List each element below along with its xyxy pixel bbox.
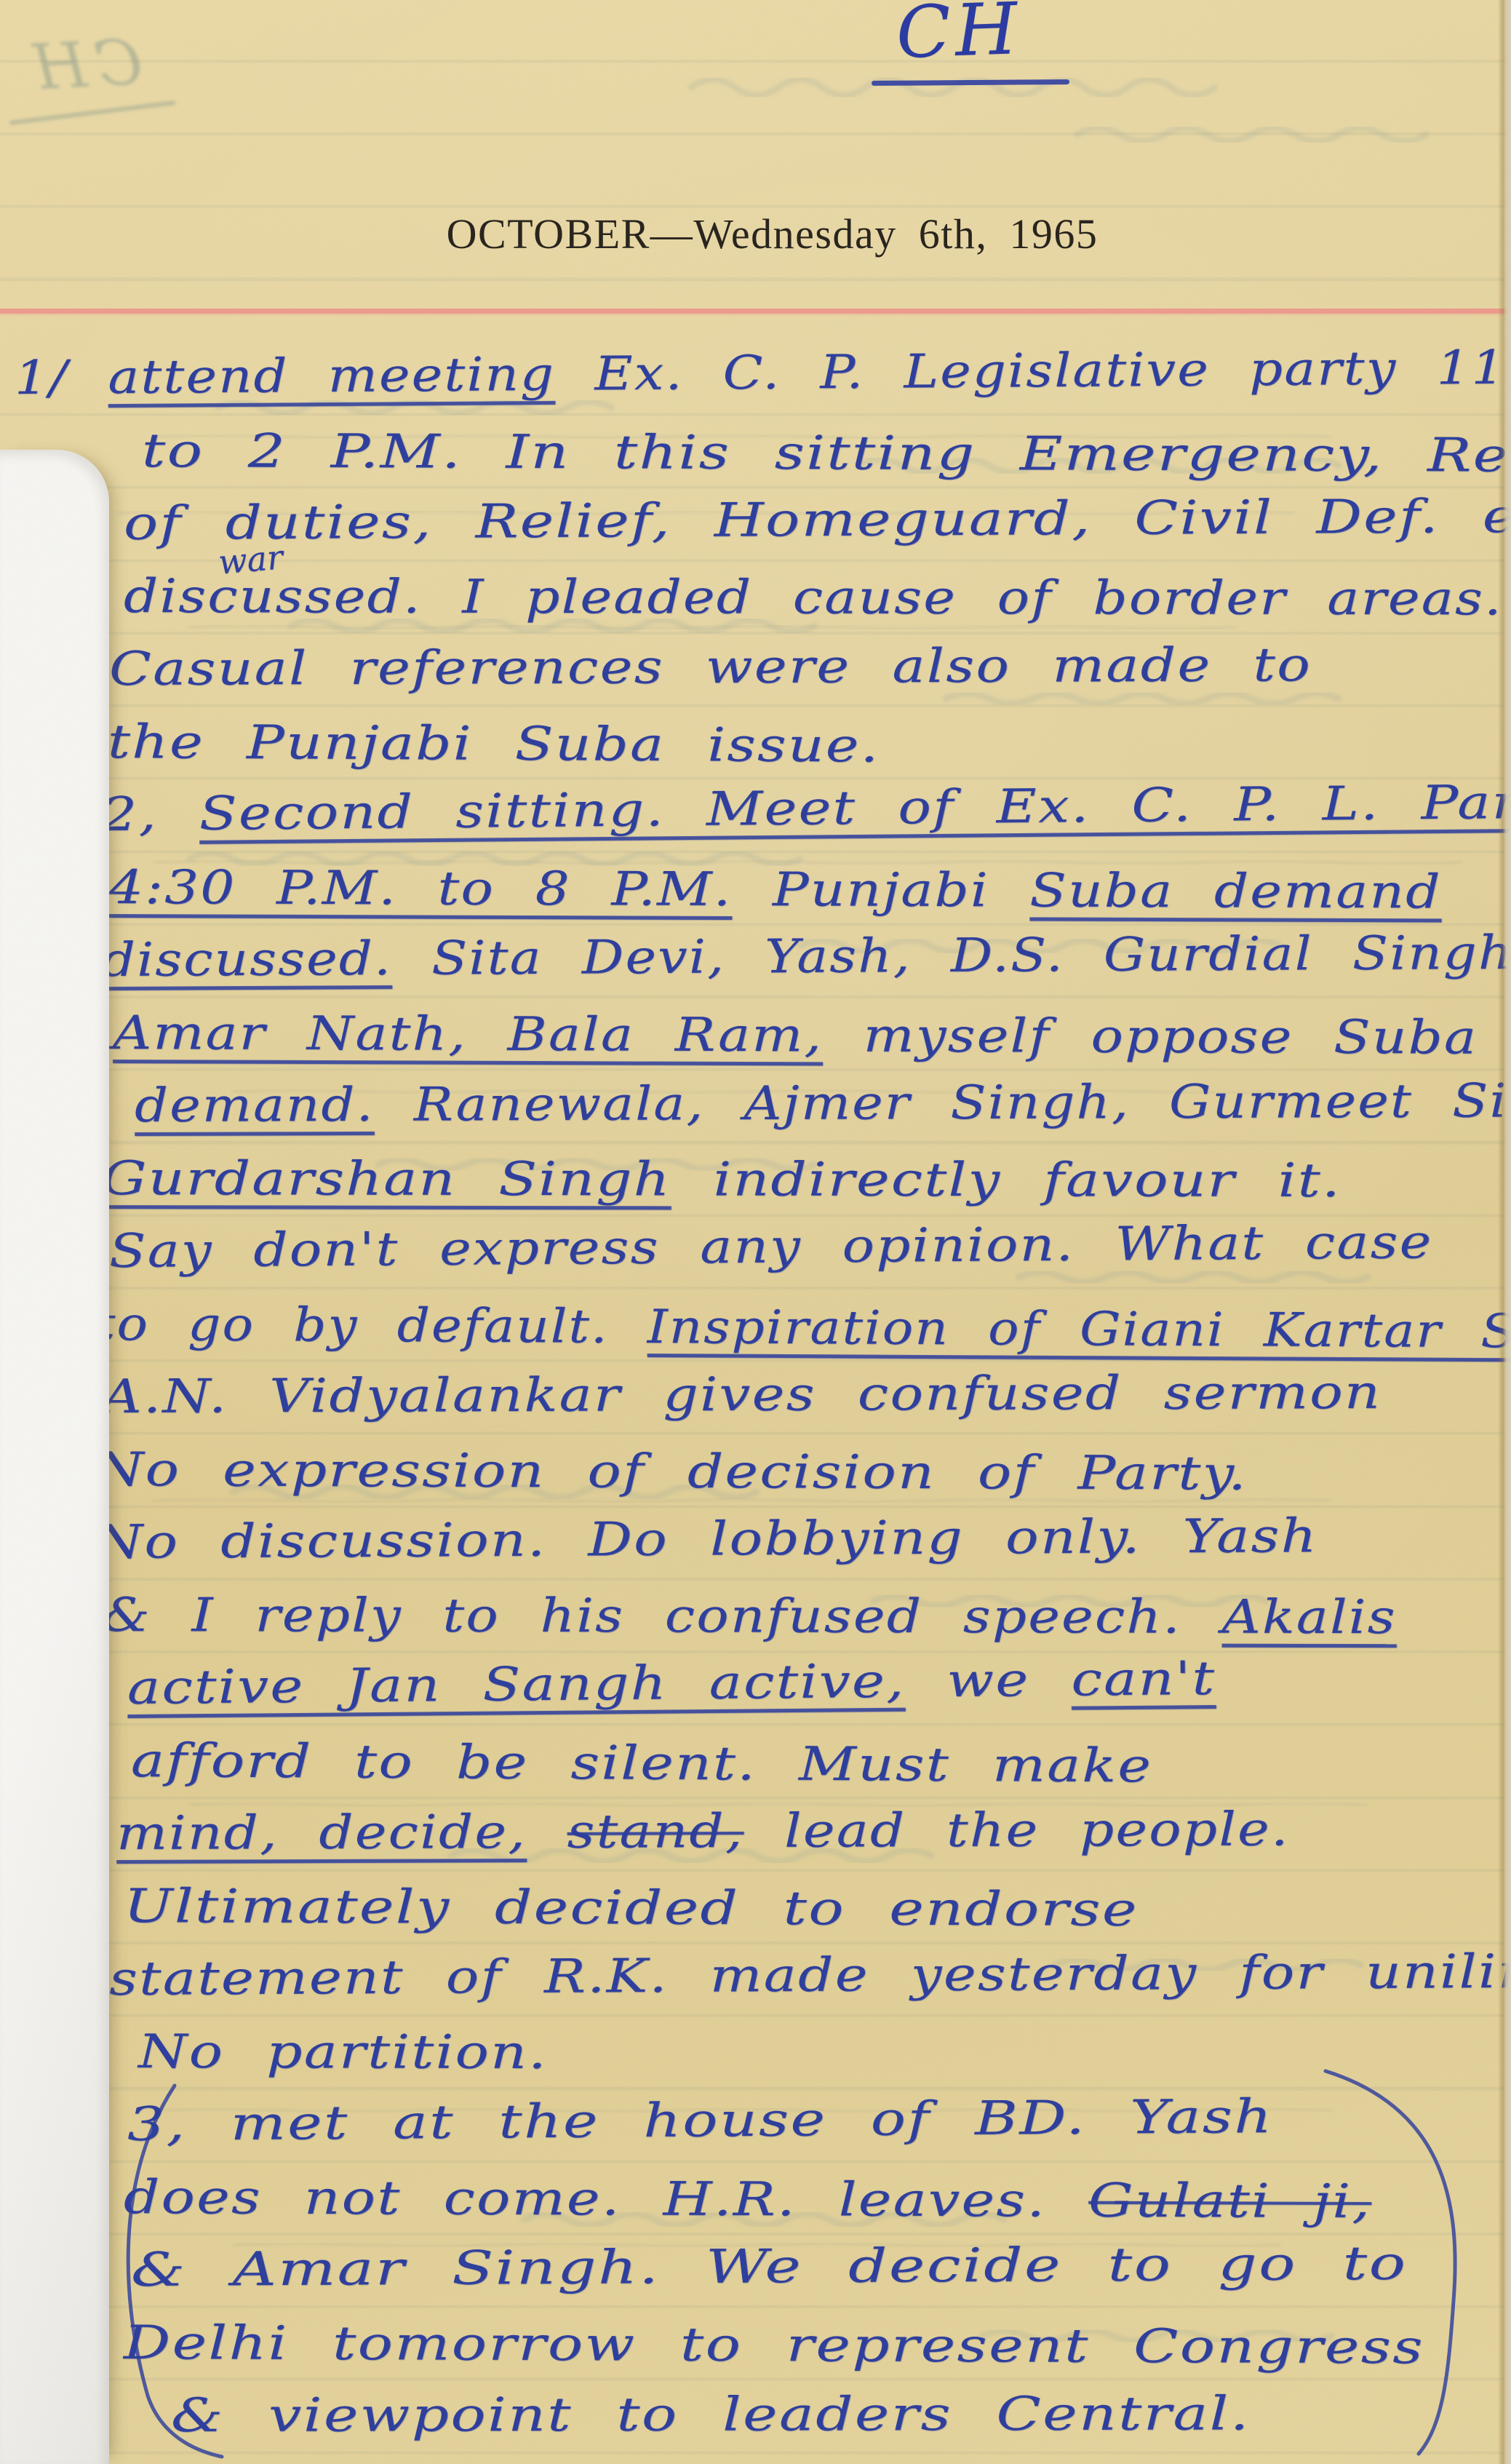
handwriting-line: A.N. Vidyalankar gives confused sermon (102, 1355, 1511, 1434)
handwriting-block: 1/ attend meeting Ex. C. P. Legislative … (0, 342, 1511, 2452)
handwriting-line: Casual references were also made to (109, 627, 1511, 706)
handwriting-line: mind, decide, stand, lead the people. (116, 1792, 1511, 1870)
handwriting-line: Delhi tomorrow to represent Congress (124, 2307, 1511, 2385)
bleed-through-monogram: CH (23, 26, 144, 105)
white-underlay-sheet (0, 450, 109, 2464)
handwriting-line: No discussion. Do lobbying only. Yash (95, 1498, 1511, 1579)
monogram: CH (895, 0, 1023, 75)
handwriting-line: discussed. Sita Devi, Yash, D.S. Gurdial… (102, 916, 1511, 997)
handwriting-line: 3, met at the house of BD. Yash (127, 2076, 1511, 2161)
red-rule (0, 309, 1511, 314)
handwriting-line: demand. Ranewala, Ajmer Singh, Gurmeet S… (135, 1065, 1511, 1142)
handwriting-line: 1/ attend meeting Ex. C. P. Legislative … (15, 330, 1511, 415)
handwriting-line: & Amar Singh. We decide to go to (131, 2225, 1511, 2307)
handwriting-line: statement of R.K. made yesterday for uni… (109, 1934, 1511, 2016)
handwriting-line: & viewpoint to leaders Central. (171, 2377, 1511, 2452)
handwriting-line: of duties, Relief, Homeguard, Civil Def.… (124, 479, 1511, 560)
diary-page: CH CH OCTOBER—Wednesday 6th, 1965 1/ att… (0, 0, 1511, 2464)
handwriting-line: active Jan Sangh active, we can't (127, 1637, 1511, 1725)
handwriting-line: 2, Second sitting. Meet of Ex. C. P. L. … (102, 764, 1511, 851)
handwriting-line: discussed. I pleaded cause of border are… (124, 560, 1511, 636)
handwriting-line: Amar Nath, Bala Ram, myself oppose Suba (113, 997, 1511, 1076)
insertion-word: war (217, 537, 284, 582)
date-header: OCTOBER—Wednesday 6th, 1965 (0, 210, 1511, 258)
handwriting-line: Say don't express any opinion. What case (109, 1204, 1511, 1288)
